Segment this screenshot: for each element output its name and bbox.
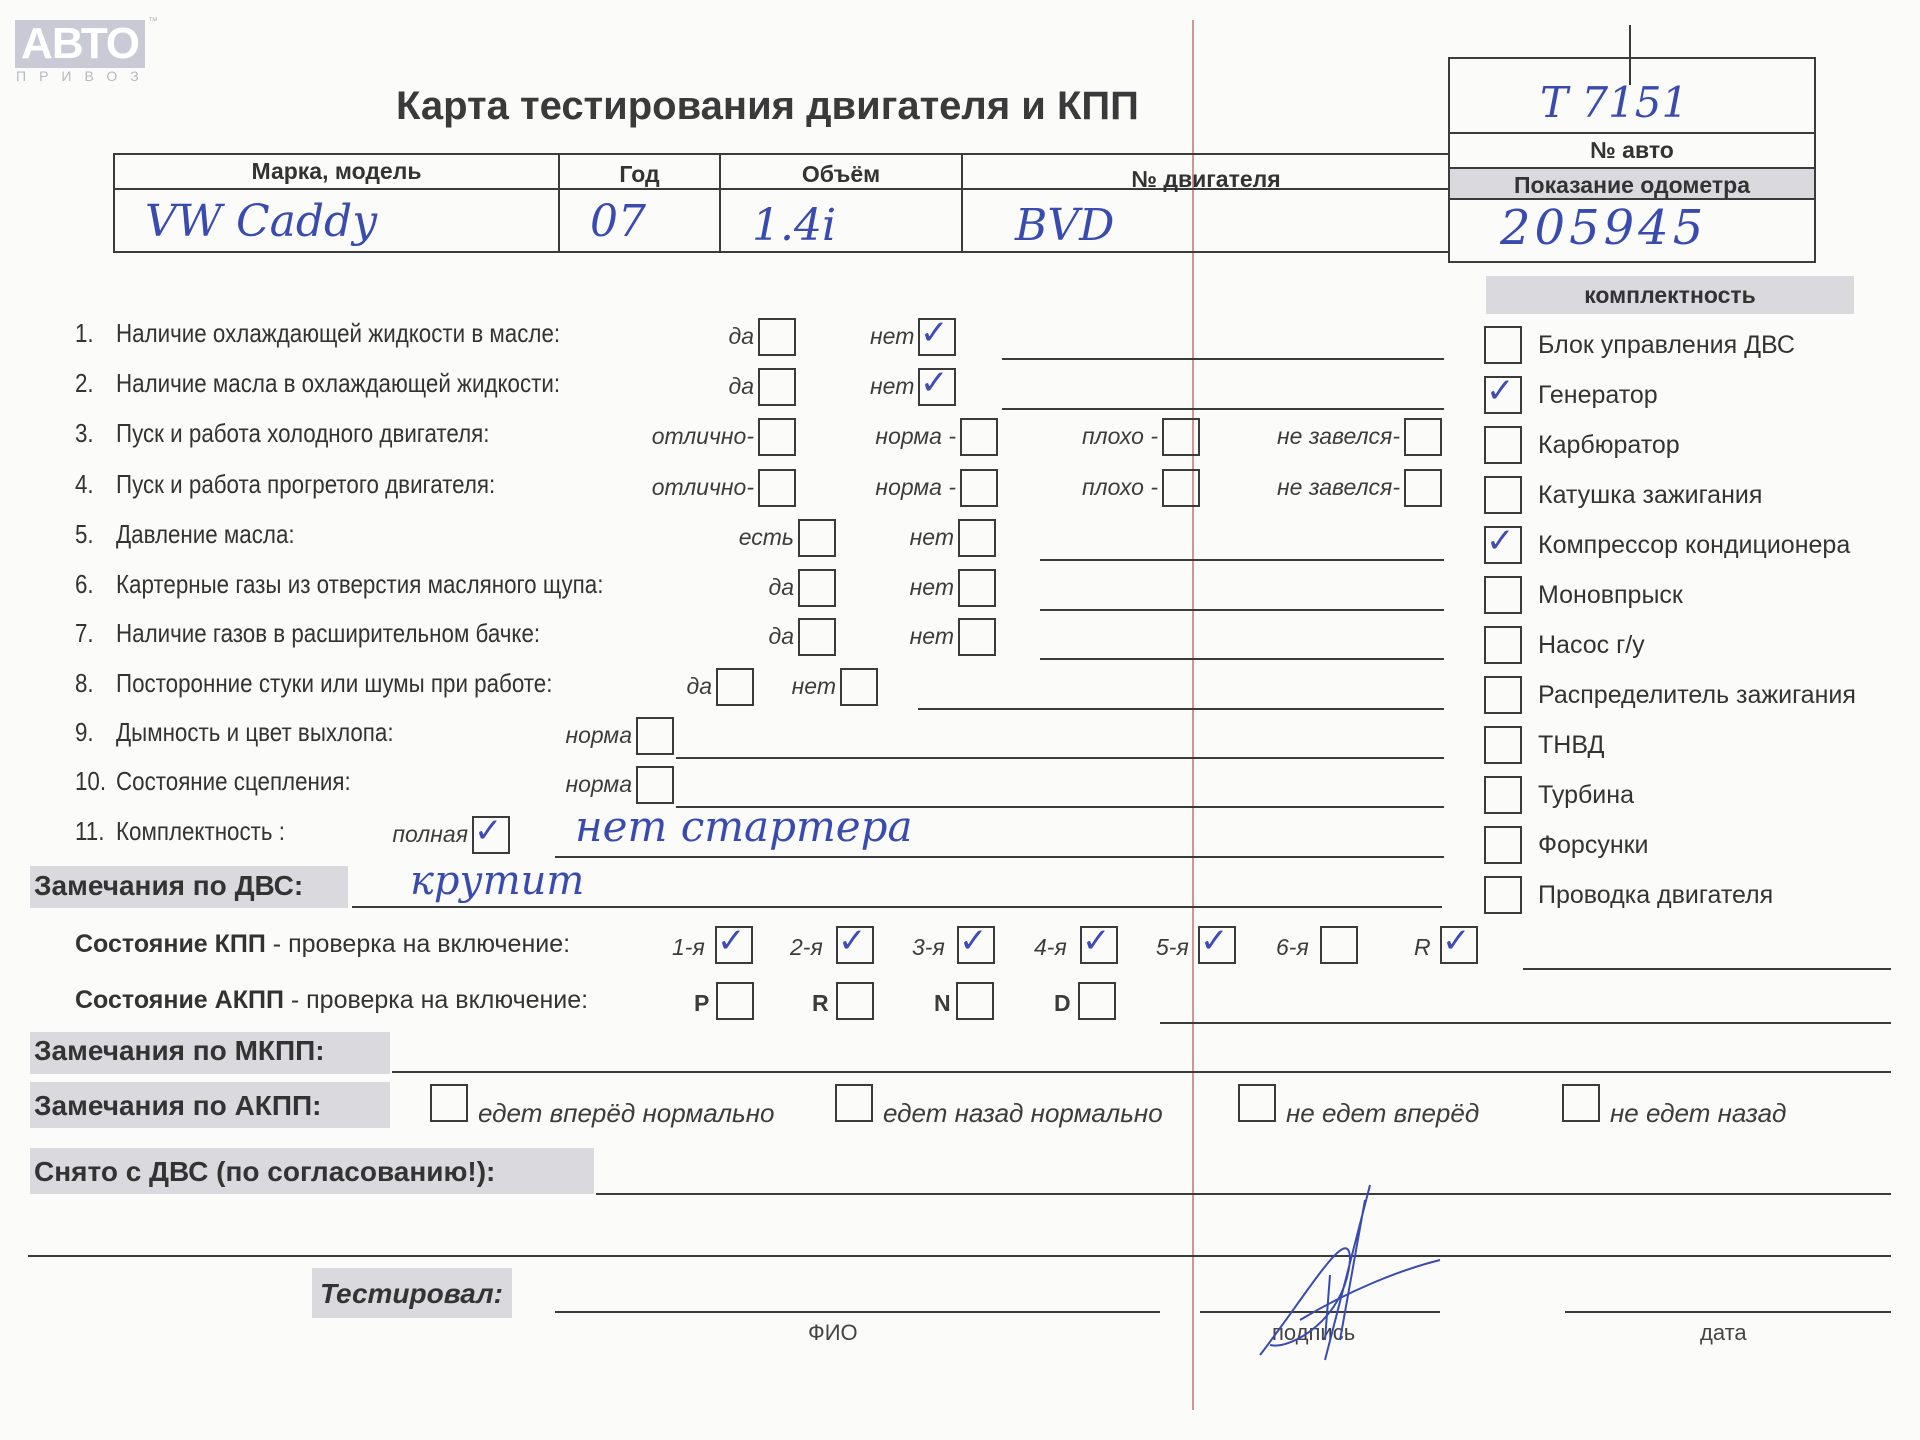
gear-label: 6-я (1276, 934, 1309, 961)
question-number: 1. (75, 318, 94, 349)
question-number: 4. (75, 469, 94, 500)
kit-checkbox[interactable] (1484, 576, 1522, 614)
gear-label: 5-я (1156, 934, 1189, 961)
question-number: 8. (75, 668, 94, 699)
option-label: нет (870, 323, 914, 350)
check-mark-icon: ✓ (474, 814, 503, 848)
option-label: отлично- (625, 423, 754, 450)
kit-item-label: Распределитель зажигания (1538, 681, 1856, 710)
tested-by-label: Тестировал: (320, 1278, 503, 1310)
option-checkbox[interactable] (758, 418, 796, 456)
question-text: Пуск и работа холодного двигателя: (116, 418, 489, 449)
check-mark-icon: ✓ (959, 924, 988, 958)
auto-gearbox-label: Состояние АКПП - проверка на включение: (75, 986, 588, 1015)
question-number: 5. (75, 519, 94, 550)
akpp-remark-label: едет вперёд нормально (478, 1098, 774, 1129)
option-label: полная (370, 821, 468, 848)
akpp-position-label: R (812, 990, 829, 1017)
check-mark-icon: ✓ (1486, 374, 1515, 408)
option-label: нет (768, 673, 836, 700)
header-year: Год (560, 161, 719, 188)
kit-item-label: Генератор (1538, 381, 1658, 410)
fio-caption: ФИО (808, 1320, 858, 1346)
question-number: 11. (75, 816, 104, 847)
option-label: норма (543, 771, 632, 798)
option-label: отлично- (625, 474, 754, 501)
kit-item-label: Турбина (1538, 781, 1634, 810)
option-checkbox[interactable] (958, 519, 996, 557)
odometer-label: Показание одометра (1450, 172, 1814, 199)
option-checkbox[interactable] (1162, 469, 1200, 507)
value-year[interactable]: 07 (590, 196, 646, 247)
option-checkbox[interactable] (758, 318, 796, 356)
option-checkbox[interactable] (798, 569, 836, 607)
kit-checkbox[interactable] (1484, 826, 1522, 864)
option-checkbox[interactable] (840, 668, 878, 706)
value-engine-no[interactable]: BVD (1015, 200, 1114, 251)
question-text: Состояние сцепления: (116, 766, 351, 797)
gear-label: R (1414, 934, 1431, 961)
akpp-position-label: P (694, 990, 709, 1017)
answer-line[interactable] (1002, 408, 1444, 410)
kit-item-label: Карбюратор (1538, 431, 1680, 460)
option-checkbox[interactable] (716, 668, 754, 706)
question-text: Наличие газов в расширительном бачке: (116, 618, 540, 649)
value-volume[interactable]: 1.4i (752, 200, 836, 251)
completeness-note: нет стартера (575, 802, 913, 851)
kit-item-label: Насос г/у (1538, 631, 1645, 660)
question-number: 10. (75, 766, 106, 797)
akpp-position-label: D (1054, 990, 1071, 1017)
answer-line[interactable] (1040, 609, 1444, 611)
answer-line[interactable] (555, 856, 1444, 858)
akpp-remark-checkbox[interactable] (1562, 1084, 1600, 1122)
kit-checkbox[interactable] (1484, 676, 1522, 714)
question-number: 2. (75, 368, 94, 399)
option-label: не завелся- (1240, 474, 1400, 501)
engine-remarks-value[interactable]: крутит (410, 858, 584, 904)
question-text: Наличие масла в охлаждающей жидкости: (116, 368, 560, 399)
margin-line (1192, 20, 1194, 1410)
check-mark-icon: ✓ (1200, 924, 1229, 958)
brand-subtitle: ПРИВОЗ (16, 68, 152, 84)
question-text: Посторонние стуки или шумы при работе: (116, 668, 552, 699)
option-checkbox[interactable] (960, 418, 998, 456)
kit-item-label: Катушка зажигания (1538, 481, 1762, 510)
akpp-remark-label: не едет назад (1610, 1098, 1786, 1129)
check-mark-icon: ✓ (920, 366, 949, 400)
manual-gearbox-label: Состояние КПП - проверка на включение: (75, 930, 570, 959)
akpp-position-checkbox[interactable] (716, 982, 754, 1020)
page-title: Карта тестирования двигателя и КПП (396, 84, 1139, 129)
odometer-value[interactable]: 205945 (1500, 200, 1707, 256)
option-label: норма - (845, 423, 956, 450)
header-make-model: Марка, модель (115, 158, 558, 185)
option-label: нет (902, 524, 954, 551)
answer-line[interactable] (1002, 358, 1444, 360)
akpp-position-checkbox[interactable] (1078, 982, 1116, 1020)
check-mark-icon: ✓ (717, 924, 746, 958)
option-checkbox[interactable] (1404, 418, 1442, 456)
brand-trademark: ™ (148, 16, 158, 27)
akpp-remark-checkbox[interactable] (835, 1084, 873, 1122)
kit-checkbox[interactable] (1484, 326, 1522, 364)
mkpp-remarks-label: Замечания по МКПП: (34, 1035, 325, 1067)
option-label: да (655, 373, 754, 400)
akpp-position-checkbox[interactable] (956, 982, 994, 1020)
kit-checkbox[interactable] (1484, 876, 1522, 914)
question-text: Наличие охлаждающей жидкости в масле: (116, 318, 560, 349)
answer-line[interactable] (918, 708, 1444, 710)
question-text: Картерные газы из отверстия масляного щу… (116, 569, 603, 600)
option-label: не завелся- (1240, 423, 1400, 450)
answer-line[interactable] (676, 757, 1444, 759)
option-label: да (670, 673, 712, 700)
check-mark-icon: ✓ (1486, 524, 1515, 558)
akpp-remarks-label: Замечания по АКПП: (34, 1090, 321, 1122)
engine-remarks-label: Замечания по ДВС: (34, 870, 303, 902)
kit-item-label: Блок управления ДВС (1538, 331, 1795, 360)
akpp-remark-label: не едет вперёд (1286, 1098, 1479, 1129)
value-make-model[interactable]: VW Caddy (145, 196, 377, 247)
check-mark-icon: ✓ (838, 924, 867, 958)
option-label: нет (902, 574, 954, 601)
akpp-position-checkbox[interactable] (836, 982, 874, 1020)
option-checkbox[interactable] (958, 569, 996, 607)
answer-line[interactable] (1040, 658, 1444, 660)
signature-icon (1230, 1180, 1470, 1390)
kit-checkbox[interactable] (1484, 426, 1522, 464)
gear-checkbox[interactable] (1320, 926, 1358, 964)
question-text: Пуск и работа прогретого двигателя: (116, 469, 495, 500)
option-checkbox[interactable] (1162, 418, 1200, 456)
akpp-remark-label: едет назад нормально (883, 1098, 1163, 1129)
option-label: норма - (845, 474, 956, 501)
option-label: есть (720, 524, 794, 551)
check-mark-icon: ✓ (920, 316, 949, 350)
check-mark-icon: ✓ (1082, 924, 1111, 958)
option-checkbox[interactable] (758, 469, 796, 507)
kit-item-label: ТНВД (1538, 731, 1604, 760)
kit-checkbox[interactable] (1484, 476, 1522, 514)
kit-item-label: Моновпрыск (1538, 581, 1683, 610)
auto-number-value[interactable]: T 7151 (1540, 78, 1688, 127)
brand-logo: АВТО (15, 20, 145, 68)
question-number: 6. (75, 569, 94, 600)
option-checkbox[interactable] (758, 368, 796, 406)
kit-checkbox[interactable] (1484, 776, 1522, 814)
kit-checkbox[interactable] (1484, 726, 1522, 764)
option-checkbox[interactable] (960, 469, 998, 507)
gear-label: 3-я (912, 934, 945, 961)
option-label: плохо - (1050, 474, 1158, 501)
akpp-remark-checkbox[interactable] (430, 1084, 468, 1122)
question-number: 3. (75, 418, 94, 449)
kit-title: комплектность (1486, 282, 1854, 309)
akpp-remark-checkbox[interactable] (1238, 1084, 1276, 1122)
option-label: нет (870, 373, 914, 400)
option-checkbox[interactable] (958, 618, 996, 656)
question-text: Комплектность : (116, 816, 285, 847)
removed-label: Снято с ДВС (по согласованию!): (34, 1156, 495, 1188)
option-checkbox[interactable] (1404, 469, 1442, 507)
option-label: да (732, 574, 794, 601)
option-label: да (655, 323, 754, 350)
gear-label: 4-я (1034, 934, 1067, 961)
kit-item-label: Проводка двигателя (1538, 881, 1773, 910)
gear-label: 2-я (790, 934, 823, 961)
date-caption: дата (1700, 1320, 1747, 1346)
option-label: плохо - (1050, 423, 1158, 450)
answer-line[interactable] (1040, 559, 1444, 561)
option-label: норма (543, 722, 632, 749)
kit-item-label: Форсунки (1538, 831, 1649, 860)
header-volume: Объём (721, 161, 961, 188)
gear-label: 1-я (672, 934, 705, 961)
option-checkbox[interactable] (798, 618, 836, 656)
auto-number-label: № авто (1450, 137, 1814, 164)
header-engine-no: № двигателя (963, 166, 1449, 193)
option-label: нет (902, 623, 954, 650)
question-number: 7. (75, 618, 94, 649)
option-checkbox[interactable] (636, 766, 674, 804)
option-label: да (732, 623, 794, 650)
question-number: 9. (75, 717, 94, 748)
question-text: Дымность и цвет выхлопа: (116, 717, 394, 748)
option-checkbox[interactable] (798, 519, 836, 557)
kit-checkbox[interactable] (1484, 626, 1522, 664)
check-mark-icon: ✓ (1442, 924, 1471, 958)
option-checkbox[interactable] (636, 717, 674, 755)
kit-item-label: Компрессор кондиционера (1538, 531, 1850, 560)
akpp-position-label: N (934, 990, 951, 1017)
question-text: Давление масла: (116, 519, 295, 550)
